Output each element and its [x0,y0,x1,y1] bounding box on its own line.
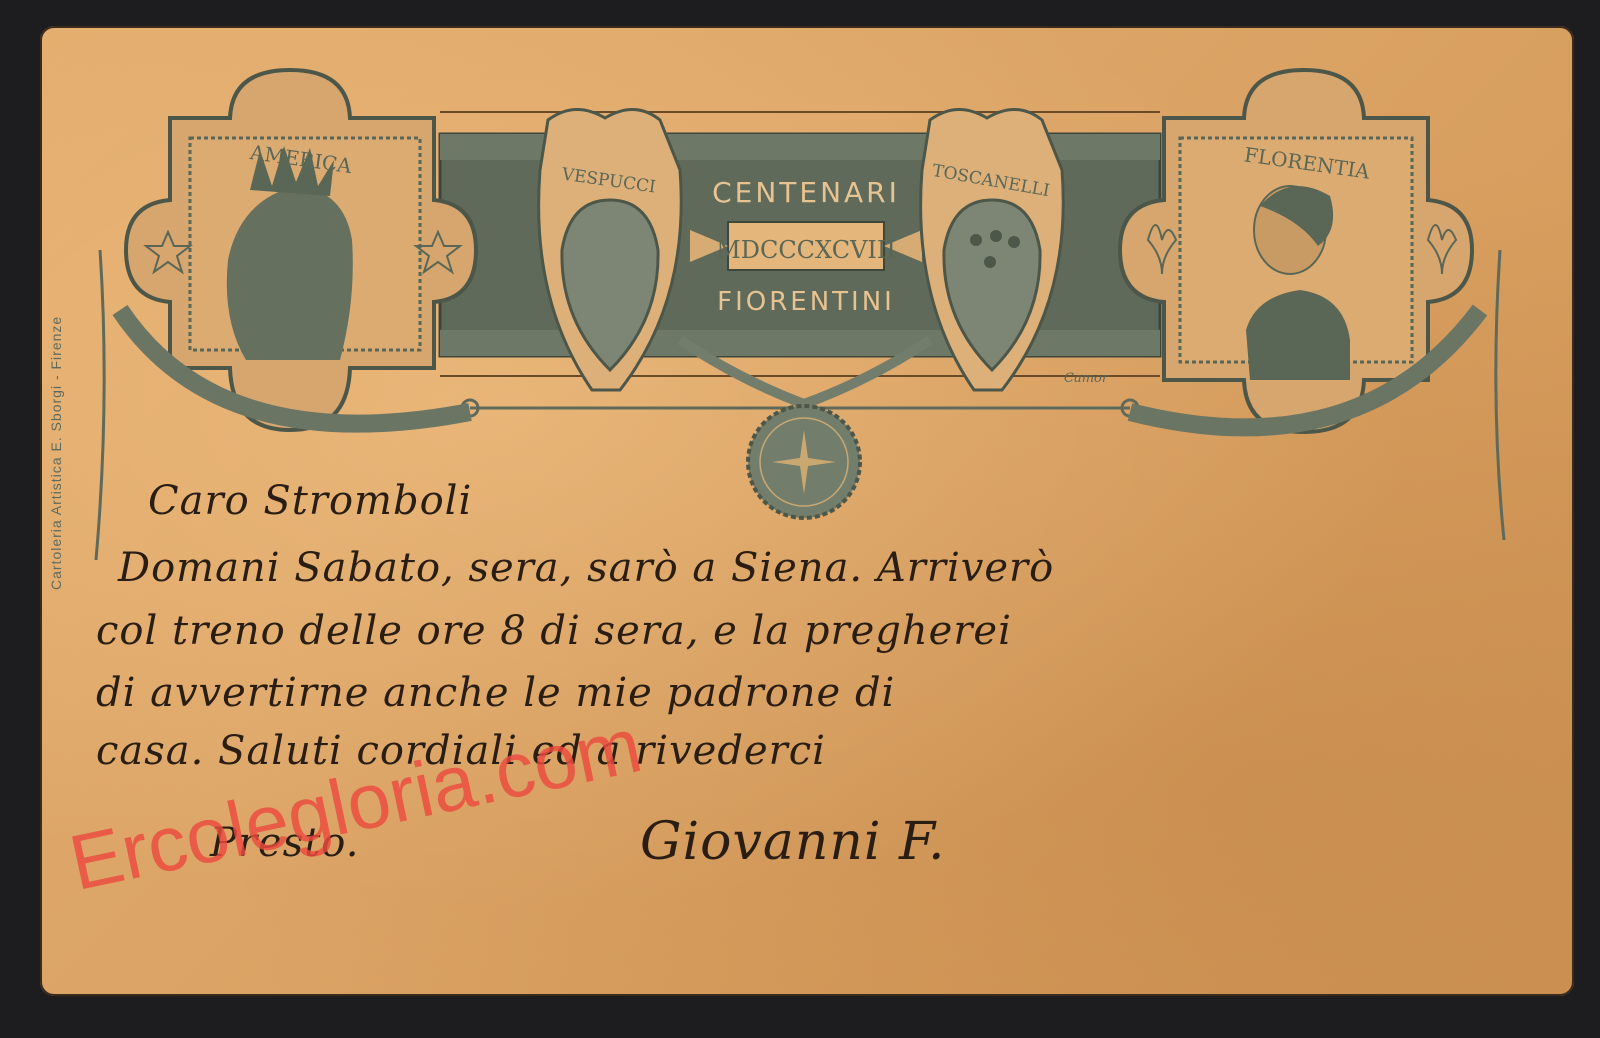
handwritten-line-3: col treno delle ore 8 di sera, e la preg… [96,608,1012,654]
handwritten-line-4: di avvertirne anche le mie padrone di [96,670,895,716]
artist-signature: Camor [1064,371,1109,386]
compass-seal [748,406,860,518]
handwritten-line-1: Caro Stromboli [148,478,472,524]
banner-bottom-text: FIORENTINI [717,287,895,317]
handwritten-signature: Giovanni F. [640,812,946,872]
banner-year-text: MDCCCXCVIII [716,236,896,264]
handwritten-line-2: Domani Sabato, sera, sarò a Siena. Arriv… [118,545,1054,591]
banner-top-text: CENTENARI [712,176,900,209]
